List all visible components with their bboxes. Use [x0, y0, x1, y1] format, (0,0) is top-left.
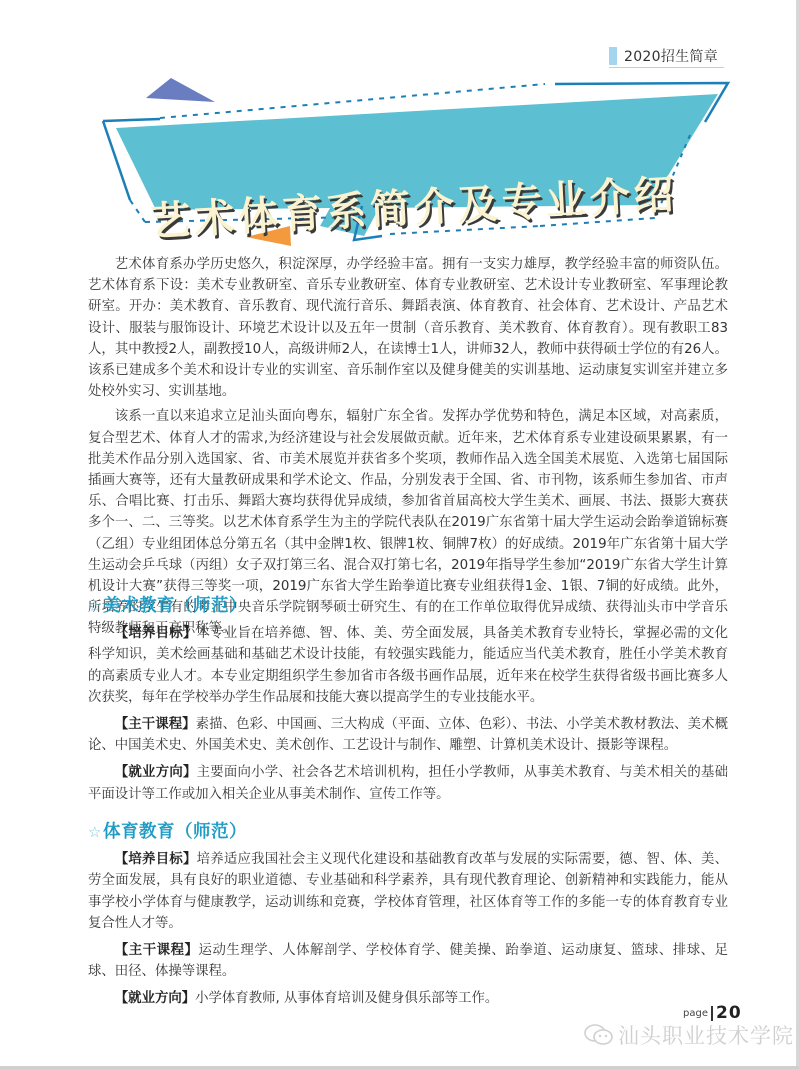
core-courses: 【主干课程】运动生理学、人体解剖学、学校体育学、健美操、跆拳道、运动康复、篮球、…: [88, 940, 728, 982]
section-title: ☆ 美术教育（师范）: [88, 596, 728, 617]
watermark-text: 汕头职业技术学院: [618, 1020, 794, 1050]
major-section-pe-education: ☆ 体育教育（师范） 【培养目标】培养适应我国社会主义现代化建设和基础教育改革与…: [88, 822, 728, 1010]
wechat-icon: [584, 1023, 614, 1047]
training-goal: 【培养目标】本专业旨在培养德、智、体、美、劳全面发展，具备美术教育专业特长，掌握…: [88, 623, 728, 708]
purple-triangle-decoration: [146, 78, 215, 102]
core-courses-label: 【主干课程】: [115, 717, 196, 732]
intro-text: 艺术体育系办学历史悠久，积淀深厚，办学经验丰富。拥有一支实力雄厚，教学经验丰富的…: [88, 254, 728, 640]
page-separator: [711, 1006, 713, 1021]
training-goal-label: 【培养目标】: [115, 626, 197, 641]
star-icon: ☆: [88, 596, 102, 617]
core-courses-label: 【主干课程】: [115, 943, 199, 958]
section-title: ☆ 体育教育（师范）: [88, 822, 728, 843]
career-direction-label: 【就业方向】: [115, 765, 197, 780]
career-direction: 【就业方向】主要面向小学、社会各艺术培训机构，担任小学教师，从事美术教育、与美术…: [88, 762, 728, 804]
core-courses: 【主干课程】素描、色彩、中国画、三大构成（平面、立体、色彩）、书法、小学美术教材…: [88, 714, 728, 756]
training-goal: 【培养目标】培养适应我国社会主义现代化建设和基础教育改革与发展的实际需要，德、智…: [88, 849, 728, 934]
section-title-text: 美术教育（师范）: [103, 596, 247, 617]
intro-paragraph-1: 艺术体育系办学历史悠久，积淀深厚，办学经验丰富。拥有一支实力雄厚，教学经验丰富的…: [88, 254, 728, 402]
career-direction: 【就业方向】小学体育教师, 从事体育培训及健身俱乐部等工作。: [88, 988, 728, 1009]
training-goal-label: 【培养目标】: [115, 852, 197, 867]
watermark: 汕头职业技术学院: [584, 1020, 794, 1050]
major-section-art-education: ☆ 美术教育（师范） 【培养目标】本专业旨在培养德、智、体、美、劳全面发展，具备…: [88, 596, 728, 805]
page-label: page: [683, 1008, 708, 1019]
career-direction-label: 【就业方向】: [115, 991, 195, 1006]
banner-graphic: [0, 60, 799, 270]
star-icon: ☆: [88, 822, 102, 843]
section-title-text: 体育教育（师范）: [103, 822, 247, 843]
title-banner: 艺术体育系简介及专业介绍: [0, 60, 799, 270]
career-direction-text: 小学体育教师, 从事体育培训及健身俱乐部等工作。: [195, 991, 498, 1006]
